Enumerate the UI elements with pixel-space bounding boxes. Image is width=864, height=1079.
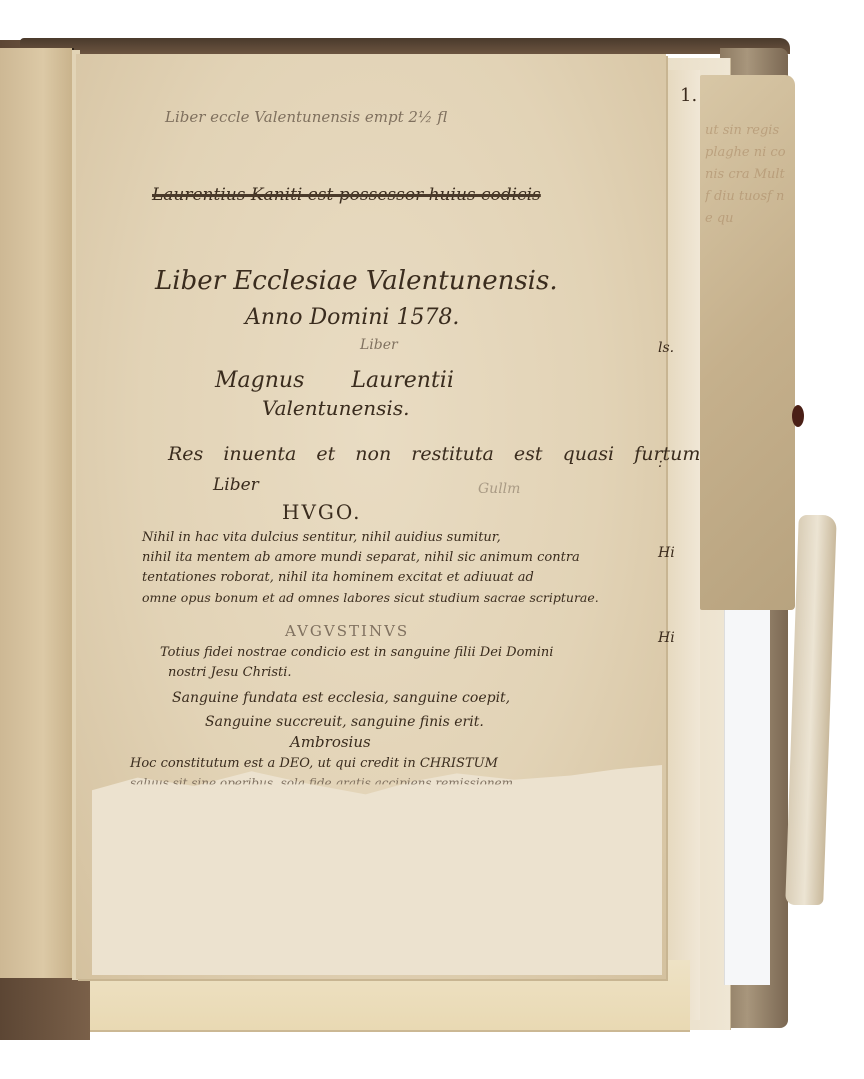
hugo-text-line: tentationes roborat, nihil ita hominem e… (142, 570, 534, 585)
facing-page-left (0, 48, 74, 978)
hugo-text-line: omne opus bonum et ad omnes labores sicu… (142, 590, 599, 605)
augustinus-text-line: Sanguine succreuit, sanguine finis erit. (205, 714, 484, 730)
ex-libris-mark: Liber (360, 337, 398, 353)
proverb-line: Res inuenta et non restituta est quasi f… (168, 443, 700, 465)
liber-mark: Liber (213, 475, 259, 495)
hugo-heading: HVGO. (282, 500, 361, 524)
page-number: 1. (680, 85, 697, 106)
title-line-2: Anno Domini 1578. (245, 305, 459, 330)
augustinus-text-line: Totius fidei nostrae condicio est in san… (160, 645, 553, 660)
ambrosius-text-line: Hoc constitutum est a DEO, ut qui credit… (130, 756, 498, 771)
ambrosius-heading: Ambrosius (290, 733, 371, 751)
title-line-1: Liber Ecclesiae Valentunensis. (155, 266, 558, 296)
owner-line-2: Valentunensis. (262, 396, 409, 420)
clasp-pin (792, 405, 804, 427)
margin-mark: Hi (658, 630, 675, 646)
augustinus-heading: AVGVSTINVS (285, 622, 409, 640)
owner-line-1: Magnus Laurentii (215, 368, 454, 393)
white-insert-sheet (724, 610, 770, 985)
hugo-text-line: nihil ita mentem ab amore mundi separat,… (142, 550, 580, 565)
margin-mark: Hi (658, 545, 675, 561)
hugo-text-line: Nihil in hac vita dulcius sentitur, nihi… (142, 530, 501, 545)
flap-faded-writing: ut sin regis plaghe ni conis cra Mult f … (705, 120, 790, 600)
struck-owner-note: Laurentius Kaniti est possessor huius co… (152, 185, 541, 205)
faint-purchase-note: Liber eccle Valentunensis empt 2½ fl (165, 108, 447, 126)
book-cover-top (20, 38, 790, 54)
faint-signature: Gullm (478, 481, 520, 497)
augustinus-text-line: nostri Jesu Christi. (168, 665, 292, 680)
torn-underleaf (92, 765, 662, 975)
margin-mark: ls. (658, 340, 674, 356)
augustinus-text-line: Sanguine fundata est ecclesia, sanguine … (172, 690, 510, 706)
